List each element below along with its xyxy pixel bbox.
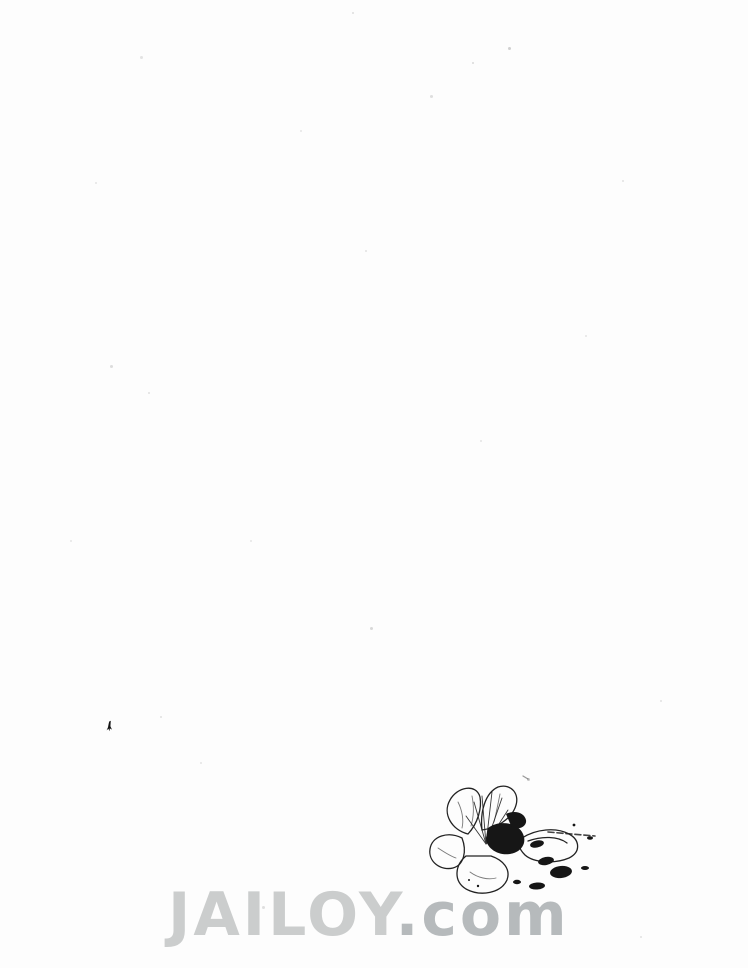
ink-dabs	[468, 812, 593, 890]
paper-speckle	[622, 180, 624, 182]
site-watermark: JAILOY.com	[168, 884, 570, 946]
paper-speckle	[640, 936, 642, 938]
watermark-suffix-text: .com	[396, 880, 570, 950]
paper-speckle	[70, 540, 72, 542]
paper-speckle	[472, 62, 474, 64]
paper-speckle	[585, 335, 587, 337]
paper-speckle	[140, 56, 143, 59]
watermark-prefix-text: JAILOY	[168, 880, 396, 950]
paper-speckle	[660, 700, 662, 702]
ink-speck-shape	[107, 721, 112, 731]
paper-speckle	[148, 392, 150, 394]
ink-speck	[103, 720, 115, 735]
paper-speckle	[480, 440, 482, 442]
paper-speckle	[250, 540, 252, 542]
paper-speckle	[508, 47, 511, 50]
paper-speckle	[370, 627, 373, 630]
paper-speckle	[352, 12, 354, 14]
tiny-tick-mark	[523, 776, 528, 779]
paper-speckle	[110, 365, 113, 368]
scanned-page: JAILOY.com	[0, 0, 748, 968]
paper-speckle	[365, 250, 367, 252]
paper-speckle	[95, 182, 97, 184]
paper-speckle	[300, 130, 302, 132]
petal-upper-left	[447, 788, 480, 834]
paper-speckle	[160, 716, 162, 718]
paper-speckle	[430, 95, 433, 98]
paper-speckle	[200, 762, 202, 764]
